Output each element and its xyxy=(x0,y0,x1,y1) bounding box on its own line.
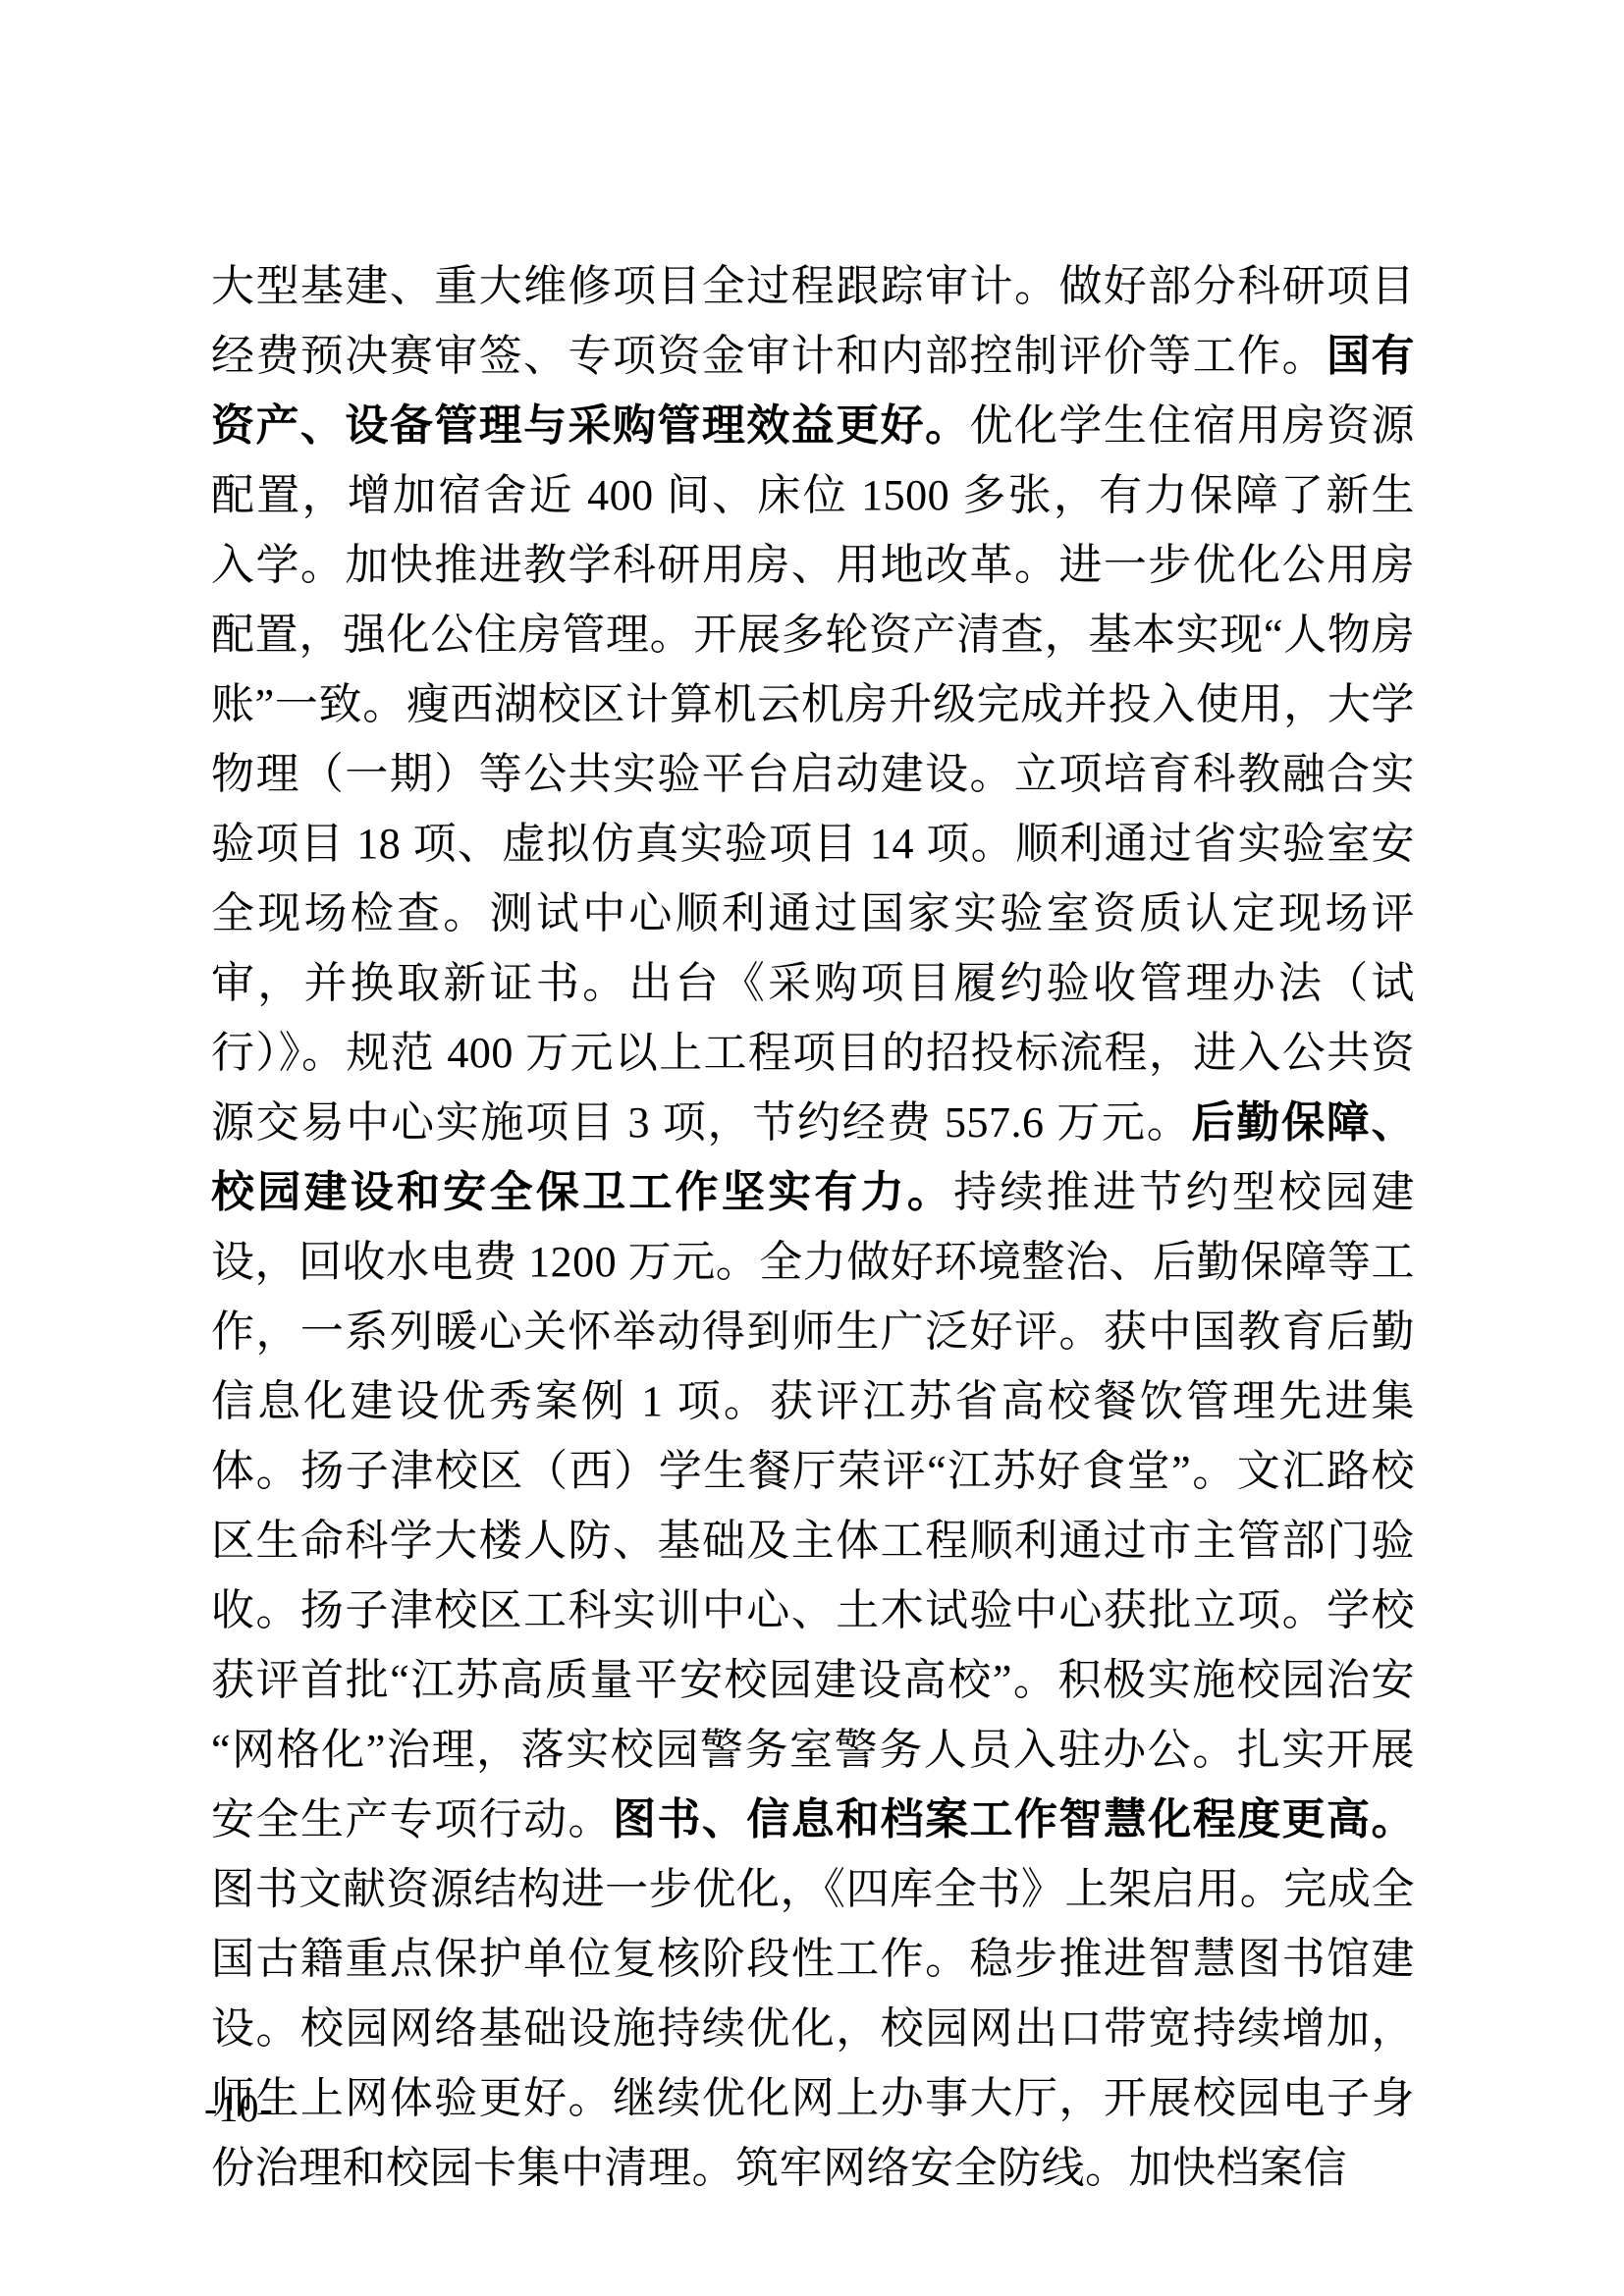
body-paragraph: 大型基建、重大维修项目全过程跟踪审计。做好部分科研项目经费预决赛审签、专项资金审… xyxy=(211,251,1415,2203)
text-segment-logistics-detail: 持续推进节约型校园建设，回收水电费 1200 万元。全力做好环境整治、后勤保障等… xyxy=(211,1168,1415,1843)
bold-heading-library-archives: 图书、信息和档案工作智慧化程度更高。 xyxy=(613,1795,1415,1843)
text-segment-assets-detail: 优化学生住宿用房资源配置，增加宿舍近 400 间、床位 1500 多张，有力保障… xyxy=(211,401,1415,1147)
page-number: -10- xyxy=(204,2085,274,2131)
text-segment-audit: 大型基建、重大维修项目全过程跟踪审计。做好部分科研项目经费预决赛审签、专项资金审… xyxy=(211,262,1415,380)
document-page: 大型基建、重大维修项目全过程跟踪审计。做好部分科研项目经费预决赛审签、专项资金审… xyxy=(0,0,1624,2296)
text-segment-library-detail: 图书文献资源结构进一步优化，《四库全书》上架启用。完成全国古籍重点保护单位复核阶… xyxy=(211,1865,1415,2192)
